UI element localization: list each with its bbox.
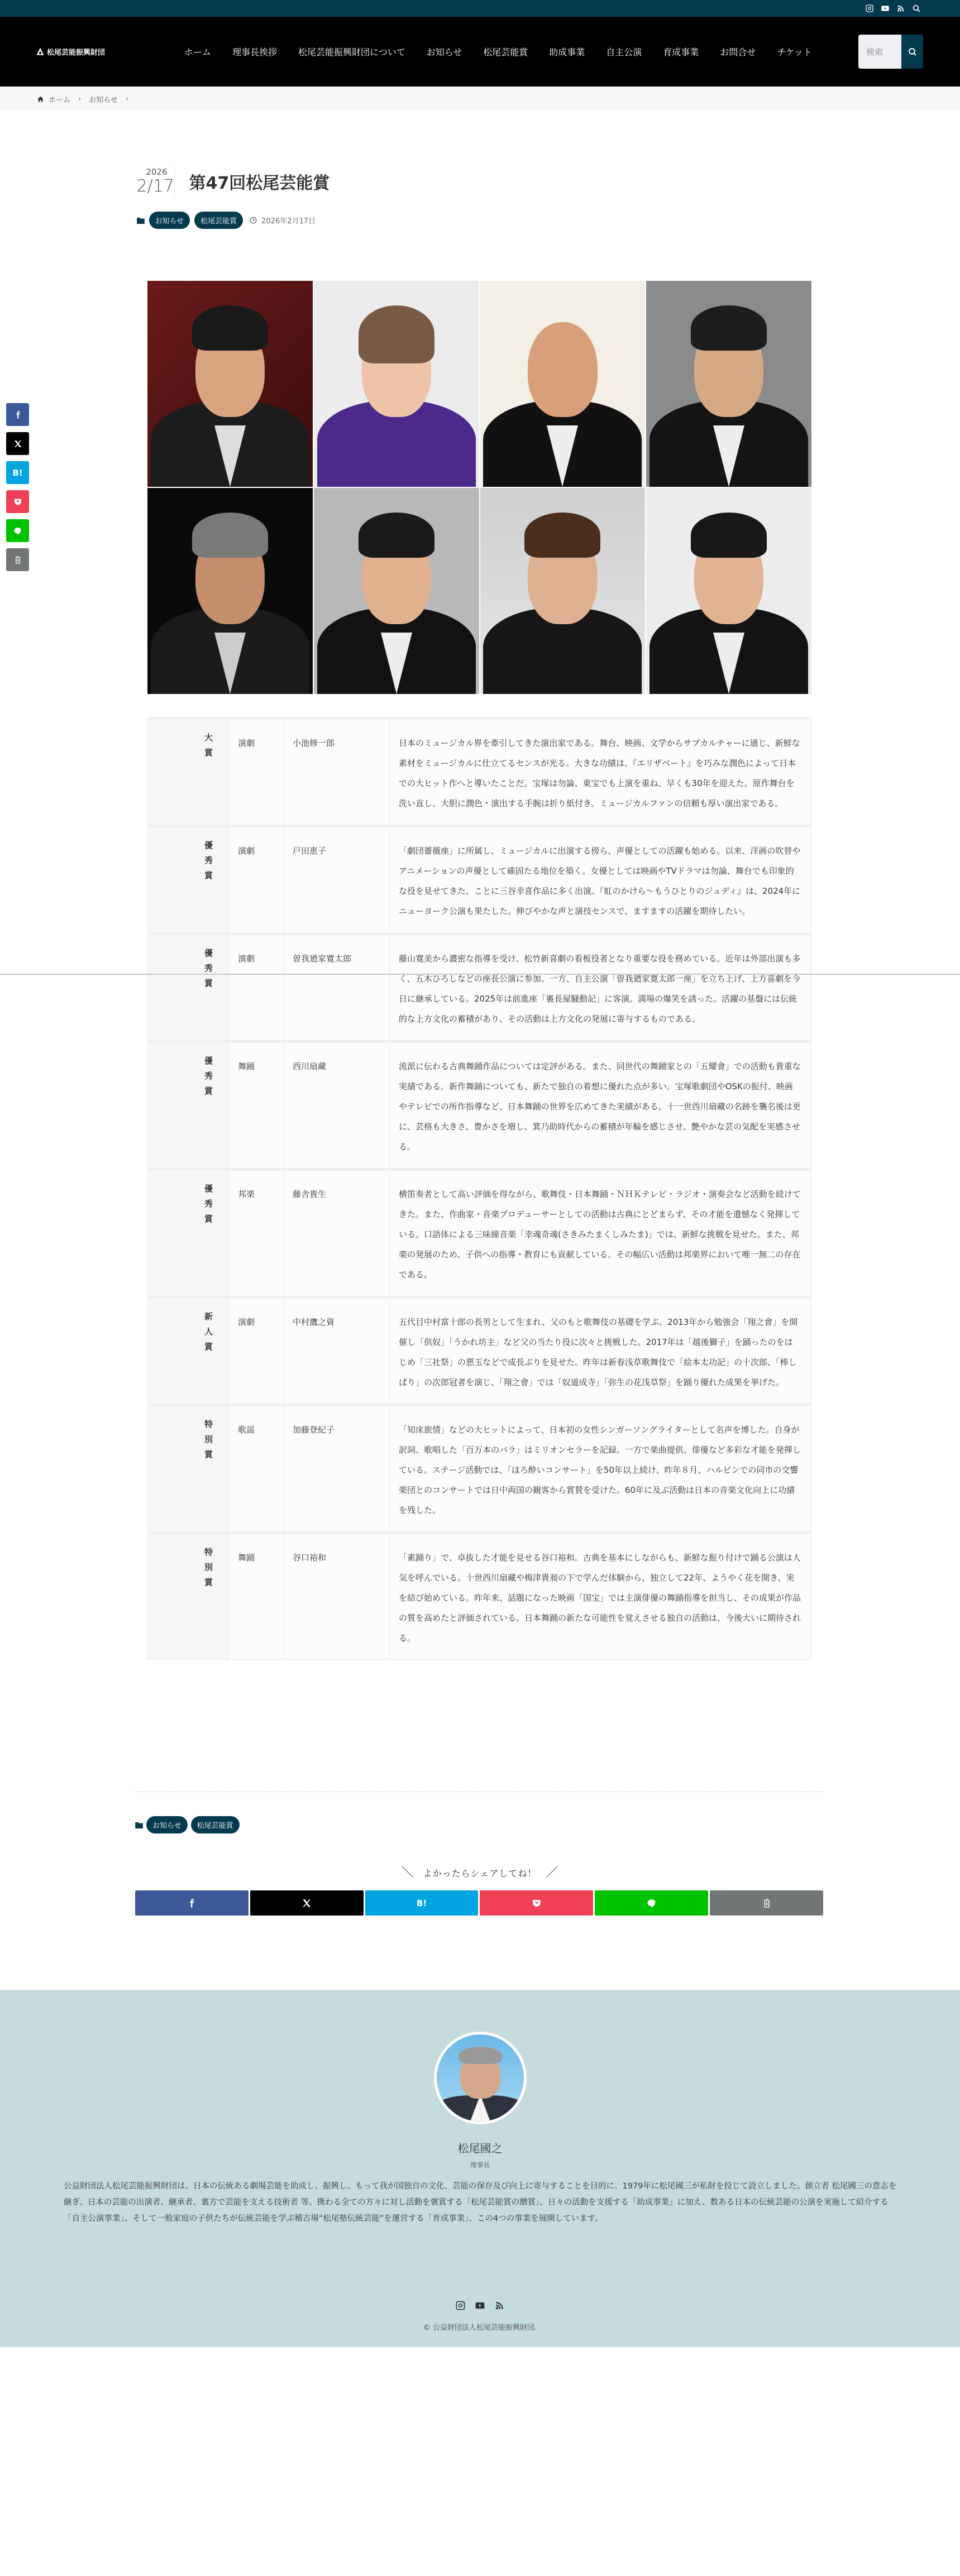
youtube-icon[interactable] <box>475 2300 485 2313</box>
prize-cell: 優秀賞 <box>148 1170 229 1297</box>
site-header: 松尾芸能振興財団 ホーム 理事長挨拶 松尾芸能振興財団について お知らせ 松尾芸… <box>0 17 960 87</box>
awards-table: 大賞 演劇 小池修一郎 日本のミュージカル界を牽引してきた演出家である。舞台、映… <box>147 717 811 1660</box>
prize-cell: 特別賞 <box>148 1405 229 1533</box>
share-x-button[interactable] <box>250 1890 364 1916</box>
genre-cell: 演劇 <box>229 934 284 1042</box>
rss-icon[interactable] <box>494 2300 505 2313</box>
category-tag-matsuo-award[interactable]: 松尾芸能賞 <box>191 1816 240 1833</box>
name-cell: 中村鷹之資 <box>284 1297 390 1405</box>
footer-social-links <box>0 2300 960 2313</box>
share-heading: ＼よかったらシェアしてね！／ <box>0 1863 960 1880</box>
post-date-box: 2026 2/17 <box>137 167 175 196</box>
hatena-bookmark-icon: B! <box>12 468 22 478</box>
name-cell: 小池修一郎 <box>284 719 390 826</box>
description-cell: 日本のミュージカル界を牽引してきた演出家である。舞台、映画、文学からサブカルチャ… <box>390 719 811 826</box>
post-footer-categories: お知らせ 松尾芸能賞 <box>135 1816 240 1833</box>
nav-news[interactable]: お知らせ <box>427 45 462 58</box>
name-cell: 藤舎貴生 <box>284 1170 390 1297</box>
table-row: 優秀賞 邦楽 藤舎貴生 横笛奏者として高い評価を得ながら、歌舞伎・日本舞踊・ＮＨ… <box>148 1170 811 1297</box>
winner-photo <box>314 488 479 694</box>
published-date: 2026年2月17日 <box>261 215 316 226</box>
genre-cell: 邦楽 <box>229 1170 284 1297</box>
x-icon <box>13 439 22 448</box>
nav-training[interactable]: 育成事業 <box>663 45 699 58</box>
rss-icon[interactable] <box>896 4 905 13</box>
profile-description: 公益財団法人松尾芸能振興財団は、日本の伝統ある劇場芸能を助成し、振興し、もって我… <box>64 2178 897 2227</box>
description-cell: 藤山寛美から濃密な指導を受け、松竹新喜劇の看板役者となり重要な役を務めている。近… <box>390 934 811 1042</box>
facebook-icon <box>13 410 22 419</box>
breadcrumb: ホーム › お知らせ › <box>0 87 960 111</box>
prize-cell: 大賞 <box>148 719 229 826</box>
nav-contact[interactable]: お問合せ <box>720 45 756 58</box>
name-cell: 戸田恵子 <box>284 826 390 934</box>
search-input[interactable] <box>858 35 901 69</box>
genre-cell: 演劇 <box>229 719 284 826</box>
nav-chairman-greeting[interactable]: 理事長挨拶 <box>232 45 277 58</box>
table-row: 優秀賞 演劇 戸田恵子 「劇団薔薇座」に所属し、ミュージカルに出演する傍ら、声優… <box>148 826 811 934</box>
profile-role: 理事長 <box>0 2160 960 2170</box>
table-row: 優秀賞 演劇 曽我廼家寛太郎 藤山寛美から濃密な指導を受け、松竹新喜劇の看板役者… <box>148 934 811 1042</box>
top-utility-bar <box>0 0 960 17</box>
category-tag-news[interactable]: お知らせ <box>149 212 190 229</box>
search-icon[interactable] <box>912 4 921 13</box>
genre-cell: 演劇 <box>229 826 284 934</box>
main-nav: ホーム 理事長挨拶 松尾芸能振興財団について お知らせ 松尾芸能賞 助成事業 自… <box>184 45 833 58</box>
name-cell: 西川扇藏 <box>284 1042 390 1170</box>
share-pocket-button[interactable] <box>480 1890 593 1916</box>
category-tag-news[interactable]: お知らせ <box>146 1816 188 1833</box>
prize-cell: 優秀賞 <box>148 1042 229 1170</box>
name-cell: 曽我廼家寛太郎 <box>284 934 390 1042</box>
nav-about-foundation[interactable]: 松尾芸能振興財団について <box>298 45 405 58</box>
line-icon <box>13 526 22 535</box>
share-pocket-button[interactable] <box>6 490 29 513</box>
clock-icon <box>250 217 257 224</box>
instagram-icon[interactable] <box>865 4 874 13</box>
table-row: 特別賞 舞踊 谷口裕和 「素踊り」で、卓抜した才能を見せる谷口裕和。古典を基本に… <box>148 1533 811 1660</box>
description-cell: 横笛奏者として高い評価を得ながら、歌舞伎・日本舞踊・ＮＨＫテレビ・ラジオ・演奏会… <box>390 1170 811 1297</box>
breadcrumb-news[interactable]: お知らせ <box>89 94 118 104</box>
floating-share-bar: B! <box>6 403 29 571</box>
profile-name: 松尾國之 <box>0 2139 960 2156</box>
genre-cell: 歌謡 <box>229 1405 284 1533</box>
genre-cell: 舞踊 <box>229 1533 284 1660</box>
pocket-icon <box>13 497 22 506</box>
instagram-icon[interactable] <box>455 2300 466 2313</box>
winner-photo <box>646 281 811 487</box>
category-tag-matsuo-award[interactable]: 松尾芸能賞 <box>194 212 243 229</box>
prize-cell: 優秀賞 <box>148 934 229 1042</box>
post-meta: お知らせ 松尾芸能賞 2026年2月17日 <box>137 212 824 229</box>
chevron-right-icon: › <box>78 95 81 103</box>
nav-matsuo-award[interactable]: 松尾芸能賞 <box>483 45 528 58</box>
winner-photo <box>314 281 479 487</box>
table-row: 特別賞 歌謡 加藤登紀子 「知床旅情」などの大ヒットによって、日本初の女性シンガ… <box>148 1405 811 1533</box>
logo-text: 松尾芸能振興財団 <box>47 46 105 57</box>
share-line-button[interactable] <box>6 519 29 542</box>
copy-link-button[interactable] <box>710 1890 823 1916</box>
x-icon <box>302 1898 312 1908</box>
share-buttons: B! <box>135 1890 823 1916</box>
share-facebook-button[interactable] <box>135 1890 249 1916</box>
genre-cell: 演劇 <box>229 1297 284 1405</box>
description-cell: 「素踊り」で、卓抜した才能を見せる谷口裕和。古典を基本にしながらも、新鮮な振り付… <box>390 1533 811 1660</box>
winner-photo <box>147 488 313 694</box>
table-row: 大賞 演劇 小池修一郎 日本のミュージカル界を牽引してきた演出家である。舞台、映… <box>148 719 811 826</box>
share-line-button[interactable] <box>595 1890 708 1916</box>
award-winners-photo-grid <box>147 281 811 694</box>
post-date-month-day: 2/17 <box>137 177 168 196</box>
name-cell: 谷口裕和 <box>284 1533 390 1660</box>
prize-cell: 新人賞 <box>148 1297 229 1405</box>
nav-independent-performances[interactable]: 自主公演 <box>606 45 642 58</box>
line-icon <box>647 1898 657 1908</box>
youtube-icon[interactable] <box>881 4 890 13</box>
name-cell: 加藤登紀子 <box>284 1405 390 1533</box>
winner-photo <box>646 488 811 694</box>
clipboard-icon <box>13 556 22 564</box>
table-row: 優秀賞 舞踊 西川扇藏 流派に伝わる古典舞踊作品については定評がある。また、同世… <box>148 1042 811 1170</box>
description-cell: 「劇団薔薇座」に所属し、ミュージカルに出演する傍ら、声優としての活躍も始める。以… <box>390 826 811 934</box>
share-x-button[interactable] <box>6 432 29 455</box>
prize-cell: 特別賞 <box>148 1533 229 1660</box>
facebook-icon <box>187 1898 197 1908</box>
divider <box>0 974 960 975</box>
breadcrumb-home[interactable]: ホーム <box>49 94 70 104</box>
clipboard-icon <box>762 1898 772 1908</box>
winner-photo <box>147 281 313 487</box>
folder-icon <box>137 217 145 224</box>
description-cell: 流派に伝わる古典舞踊作品については定評がある。また、同世代の舞踊家との「五耀會」… <box>390 1042 811 1170</box>
description-cell: 五代目中村富十郎の長男として生まれ、父のもと歌舞伎の基礎を学ぶ。2013年から勉… <box>390 1297 811 1405</box>
avatar <box>434 2032 527 2124</box>
winner-photo <box>480 281 646 487</box>
page-title: 第47回松尾芸能賞 <box>189 169 330 194</box>
pocket-icon <box>532 1898 542 1908</box>
content-divider <box>135 1791 823 1792</box>
home-icon <box>37 95 44 103</box>
description-cell: 「知床旅情」などの大ヒットによって、日本初の女性シンガーソングライターとして名声… <box>390 1405 811 1533</box>
table-row: 新人賞 演劇 中村鷹之資 五代目中村富十郎の長男として生まれ、父のもと歌舞伎の基… <box>148 1297 811 1405</box>
search-icon <box>908 47 918 57</box>
hatena-bookmark-icon: B! <box>417 1898 427 1908</box>
chevron-right-icon: › <box>126 95 128 103</box>
nav-home[interactable]: ホーム <box>184 45 211 58</box>
logo-mark-icon <box>36 47 45 56</box>
site-logo[interactable]: 松尾芸能振興財団 <box>36 46 114 57</box>
prize-cell: 優秀賞 <box>148 826 229 934</box>
winner-photo <box>480 488 646 694</box>
site-footer: 松尾國之 理事長 公益財団法人松尾芸能振興財団は、日本の伝統ある劇場芸能を助成し… <box>0 1990 960 2347</box>
nav-grants[interactable]: 助成事業 <box>549 45 585 58</box>
share-facebook-button[interactable] <box>6 403 29 426</box>
genre-cell: 舞踊 <box>229 1042 284 1170</box>
header-search-form <box>858 35 923 69</box>
post-date-year: 2026 <box>137 167 168 177</box>
post-header: 2026 2/17 第47回松尾芸能賞 お知らせ 松尾芸能賞 2026年2月17… <box>137 167 824 229</box>
nav-tickets[interactable]: チケット <box>777 45 812 58</box>
search-submit-button[interactable] <box>901 35 923 69</box>
share-hatena-button[interactable]: B! <box>6 461 29 484</box>
folder-icon <box>135 1822 143 1828</box>
copyright: © 公益財団法人松尾芸能振興財団. <box>0 2321 960 2332</box>
share-hatena-button[interactable]: B! <box>365 1890 479 1916</box>
copy-link-button[interactable] <box>6 548 29 571</box>
